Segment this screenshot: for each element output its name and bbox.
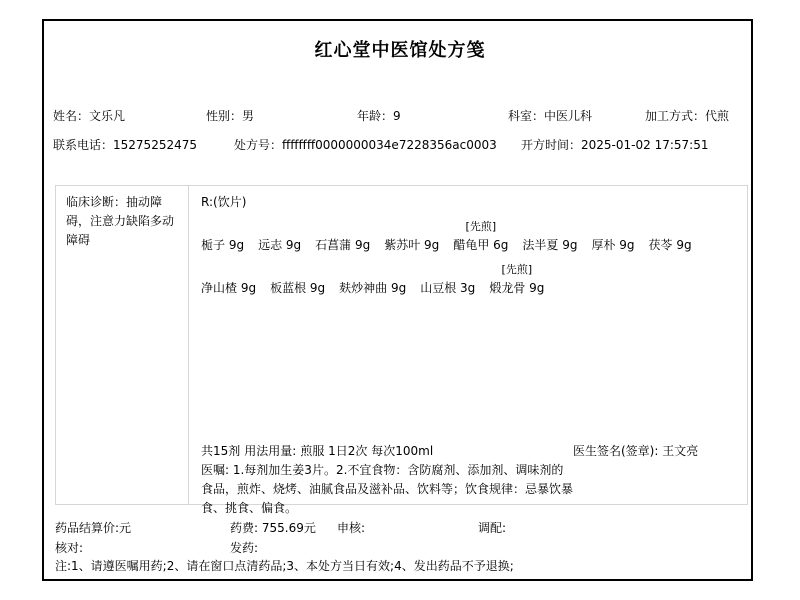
herb-item: 法半夏 9g xyxy=(522,236,577,253)
issue-field: 发药: xyxy=(230,539,258,556)
herb-name-dose: 茯苓 9g xyxy=(649,238,692,252)
review-field: 申核: xyxy=(337,519,365,536)
diagnosis-label: 临床诊断： xyxy=(66,195,126,209)
herb-item: 厚朴 9g xyxy=(591,236,634,253)
phone-value: 15275252475 xyxy=(113,138,197,152)
age-label: 年龄： xyxy=(357,109,393,123)
usage-value: 煎服 1日2次 每次100ml xyxy=(300,444,433,458)
field-phone: 联系电话：15275252475 xyxy=(53,136,197,153)
doctor-signature-name: 王文亮 xyxy=(662,444,698,458)
herb-name-dose: 紫苏叶 9g xyxy=(384,238,439,252)
patient-name-value: 文乐凡 xyxy=(89,109,125,123)
phone-label: 联系电话： xyxy=(53,138,113,152)
herb-item: [先煎]醋龟甲 6g xyxy=(453,236,508,253)
issue-time-label: 开方时间： xyxy=(521,138,581,152)
total-doses: 共15剂 xyxy=(201,444,240,458)
herb-name-dose: 厚朴 9g xyxy=(591,238,634,252)
rx-header: R:(饮片) xyxy=(201,193,747,210)
field-rx-number: 处方号：ffffffff0000000034e7228356ac0003 xyxy=(234,136,497,153)
field-age: 年龄：9 xyxy=(357,107,401,124)
herb-item: 山豆根 3g xyxy=(420,279,475,296)
dispense-field: 调配: xyxy=(478,519,506,536)
doctor-signature: 医生签名(签章): 王文亮 xyxy=(573,442,705,461)
prescription-table: 临床诊断：抽动障碍，注意力缺陷多动障碍 R:(饮片) 栀子 9g远志 9g石菖蒲… xyxy=(55,185,748,505)
dosage-line: 共15剂用法用量:煎服 1日2次 每次100ml xyxy=(201,442,573,461)
doctor-instructions: 医嘱: 1.每剂加生姜3片。2.不宜食物：含防腐剂、添加剂、调味剂的食品，煎炸、… xyxy=(201,461,573,518)
herb-item: 紫苏叶 9g xyxy=(384,236,439,253)
decoct-first-tag: [先煎] xyxy=(466,218,497,234)
issue-time-value: 2025-01-02 17:57:51 xyxy=(581,138,708,152)
herb-item: 远志 9g xyxy=(258,236,301,253)
processing-value: 代煎 xyxy=(705,109,729,123)
field-processing-method: 加工方式：代煎 xyxy=(645,107,729,124)
herb-name-dose: 净山楂 9g xyxy=(201,281,256,295)
herb-name-dose: 山豆根 3g xyxy=(420,281,475,295)
usage-label: 用法用量: xyxy=(244,444,296,458)
gender-value: 男 xyxy=(242,109,254,123)
herb-name-dose: 远志 9g xyxy=(258,238,301,252)
herb-name-dose: 法半夏 9g xyxy=(522,238,577,252)
herb-item: 麸炒神曲 9g xyxy=(339,279,406,296)
footer-note: 注:1、请遵医嘱用药;2、请在窗口点清药品;3、本处方当日有效;4、发出药品不予… xyxy=(55,557,514,574)
herb-name-dose: 栀子 9g xyxy=(201,238,244,252)
herb-item: [先煎]煅龙骨 9g xyxy=(489,279,544,296)
department-value: 中医儿科 xyxy=(544,109,592,123)
diagnosis-column: 临床诊断：抽动障碍，注意力缺陷多动障碍 xyxy=(56,186,189,504)
rx-number-label: 处方号： xyxy=(234,138,282,152)
herb-name-dose: 醋龟甲 6g xyxy=(453,238,508,252)
dosage-and-instructions: 共15剂用法用量:煎服 1日2次 每次100ml 医嘱: 1.每剂加生姜3片。2… xyxy=(201,442,573,518)
herb-item: 板蓝根 9g xyxy=(270,279,325,296)
clinical-diagnosis: 临床诊断：抽动障碍，注意力缺陷多动障碍 xyxy=(66,193,180,250)
herb-name-dose: 麸炒神曲 9g xyxy=(339,281,406,295)
page-title: 红心堂中医馆处方笺 xyxy=(0,36,800,62)
age-value: 9 xyxy=(393,109,401,123)
field-patient-name: 姓名：文乐凡 xyxy=(53,107,125,124)
field-issue-time: 开方时间：2025-01-02 17:57:51 xyxy=(521,136,708,153)
gender-label: 性别： xyxy=(206,109,242,123)
herb-name-dose: 石菖蒲 9g xyxy=(315,238,370,252)
medicine-fee: 药费: 755.69元 xyxy=(230,519,316,536)
field-gender: 性别：男 xyxy=(206,107,254,124)
herb-item: 栀子 9g xyxy=(201,236,244,253)
fee-value: 755.69元 xyxy=(262,521,316,535)
herb-name-dose: 板蓝根 9g xyxy=(270,281,325,295)
processing-label: 加工方式： xyxy=(645,109,705,123)
fee-label: 药费: xyxy=(230,521,262,535)
rx-number-value: ffffffff0000000034e7228356ac0003 xyxy=(282,138,497,152)
herb-name-dose: 煅龙骨 9g xyxy=(489,281,544,295)
herb-item: 净山楂 9g xyxy=(201,279,256,296)
herb-item: 茯苓 9g xyxy=(649,236,692,253)
herb-line-2: 净山楂 9g板蓝根 9g麸炒神曲 9g山豆根 3g[先煎]煅龙骨 9g xyxy=(201,279,747,296)
rx-footer: 共15剂用法用量:煎服 1日2次 每次100ml 医嘱: 1.每剂加生姜3片。2… xyxy=(201,442,741,518)
herb-item: 石菖蒲 9g xyxy=(315,236,370,253)
department-label: 科室： xyxy=(508,109,544,123)
decoct-first-tag: [先煎] xyxy=(502,261,533,277)
check-field: 核对: xyxy=(55,539,83,556)
field-department: 科室：中医儿科 xyxy=(508,107,592,124)
patient-name-label: 姓名： xyxy=(53,109,89,123)
doctor-signature-label: 医生签名(签章): xyxy=(573,444,662,458)
herb-line-1: 栀子 9g远志 9g石菖蒲 9g紫苏叶 9g[先煎]醋龟甲 6g法半夏 9g厚朴… xyxy=(201,236,747,253)
settlement-price: 药品结算价:元 xyxy=(55,519,131,536)
